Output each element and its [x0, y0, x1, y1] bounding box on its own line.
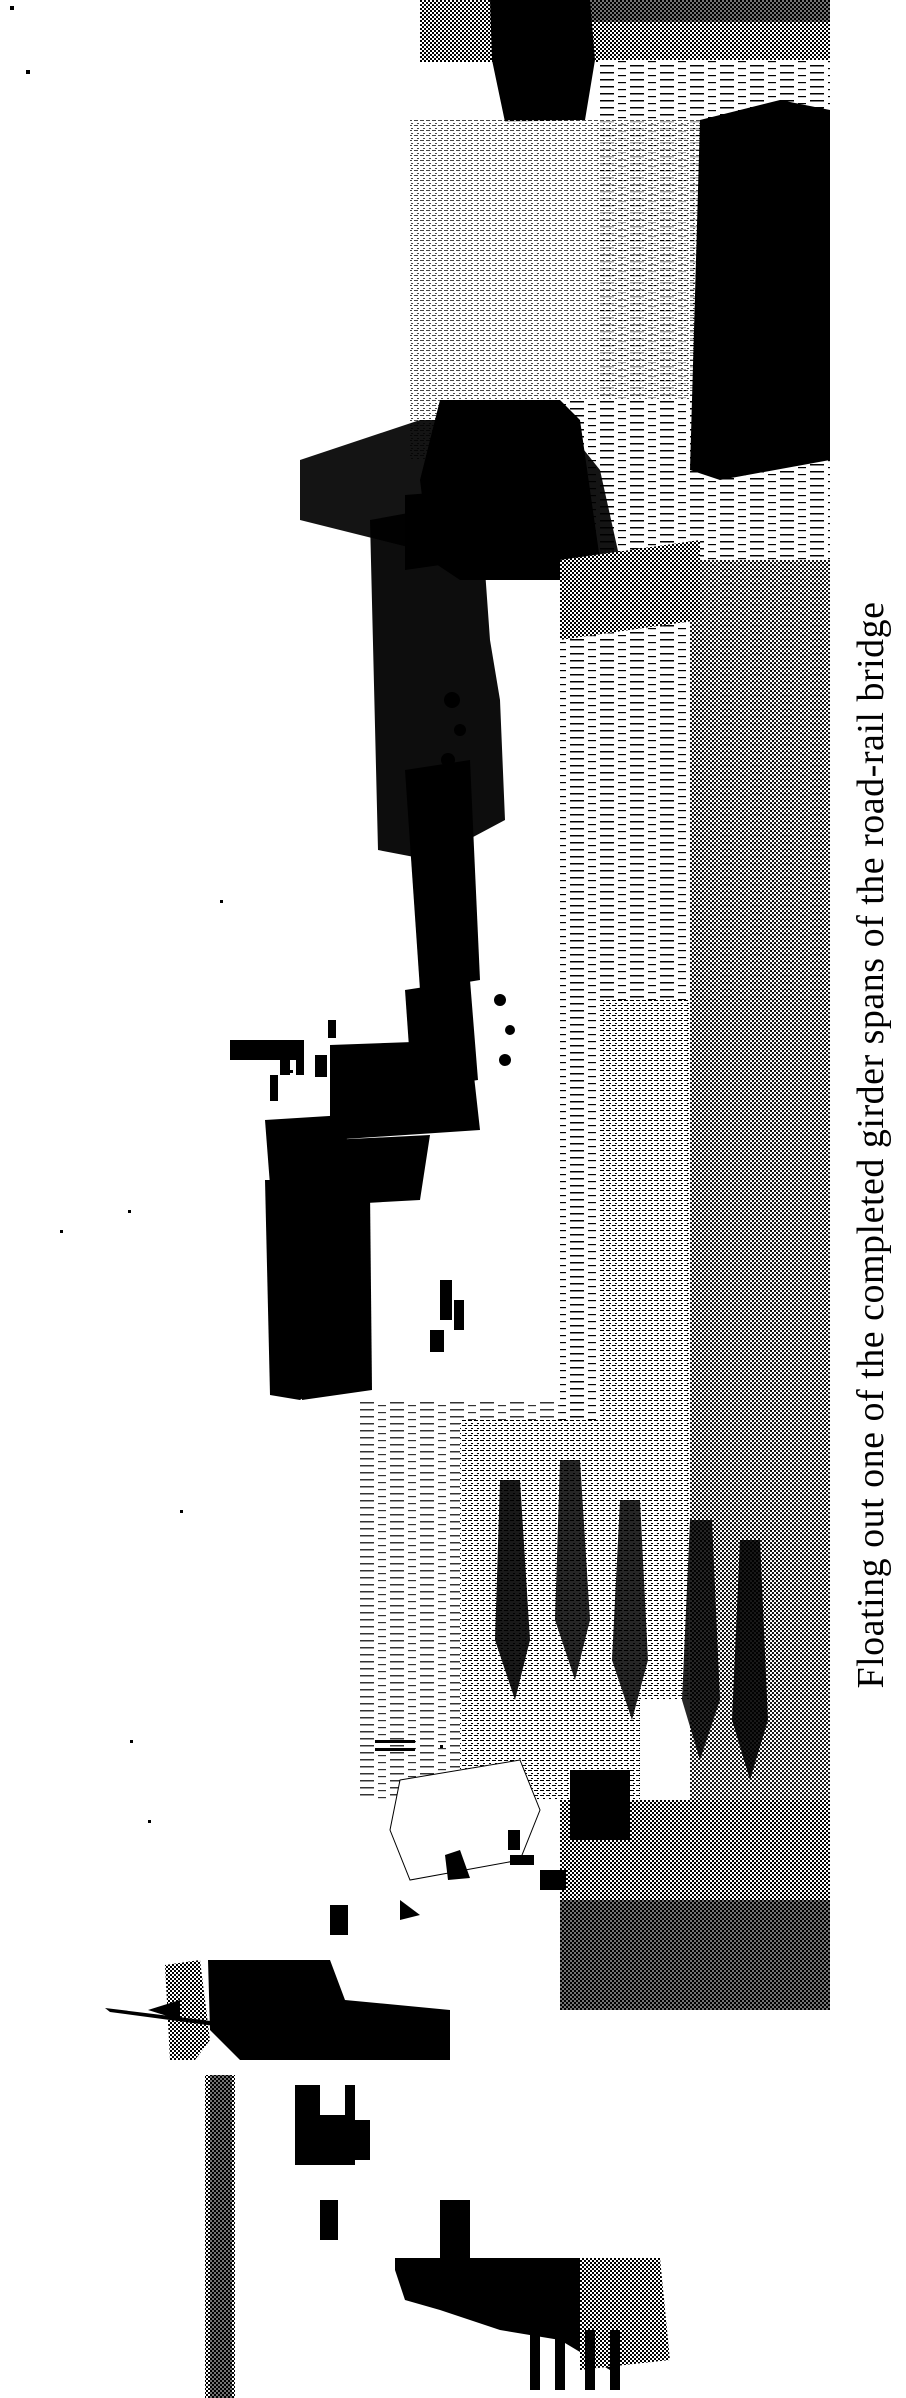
- book-page: Floating out one of the completed girder…: [0, 0, 906, 2398]
- photo-caption: Floating out one of the completed girder…: [852, 560, 890, 1730]
- shore-building: [320, 2200, 670, 2390]
- photo-illustration: [0, 0, 830, 2398]
- photograph-plate: [0, 0, 830, 2398]
- caption-block: Floating out one of the completed girder…: [836, 560, 906, 1730]
- wharf-and-crane: [105, 1905, 450, 2398]
- girder-span-lower: [230, 1020, 480, 1205]
